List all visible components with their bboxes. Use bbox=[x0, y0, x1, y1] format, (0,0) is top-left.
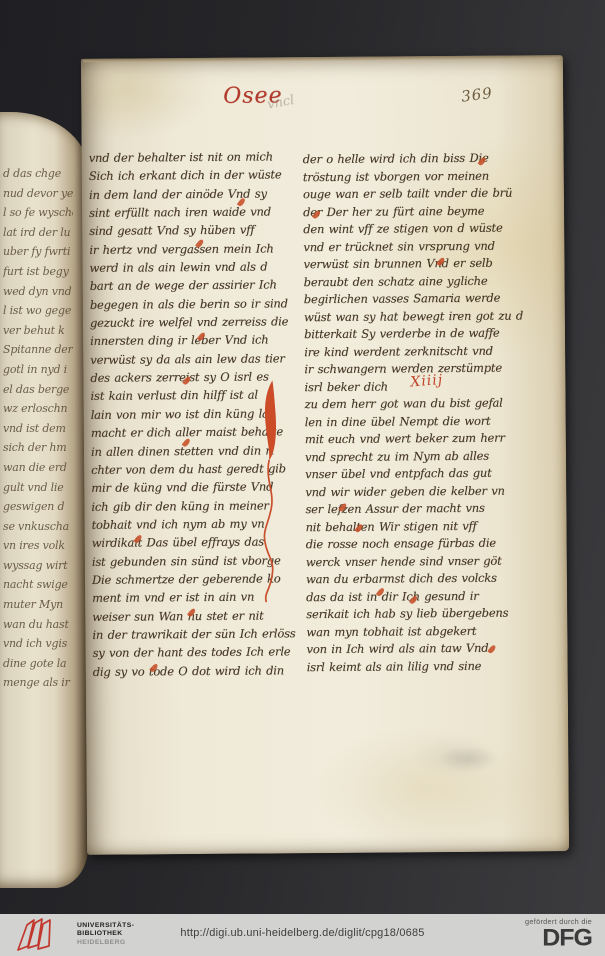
library-name-line3: HEIDELBERG bbox=[77, 939, 134, 947]
text-line: wan die erd bbox=[3, 458, 73, 478]
text-line: bart an de wege der assirier Ich bbox=[90, 276, 302, 296]
text-line: gezuckt ire welfel vnd zerreiss die bbox=[90, 312, 302, 332]
text-line: d das chge bbox=[3, 164, 73, 184]
text-line: vnd sprecht zu im Nym ab alles bbox=[305, 447, 527, 466]
library-footer-bar: UNIVERSITÄTS- BIBLIOTHEK HEIDELBERG http… bbox=[0, 914, 605, 956]
text-line: zu dem herr got wan du bist gefal bbox=[305, 394, 527, 413]
text-line: der o helle wird ich din biss Die bbox=[303, 149, 525, 168]
text-line: verwüst sin brunnen Vnd er selb bbox=[303, 254, 525, 273]
text-line: muter Myn bbox=[3, 595, 73, 615]
verso-page-edge: d das chgenud devor yel so fe wyschelat … bbox=[0, 112, 88, 888]
scan-url: http://digi.ub.uni-heidelberg.de/diglit/… bbox=[180, 927, 424, 939]
text-line: dig sy vo tode O dot wird ich din bbox=[93, 661, 305, 681]
text-line: wan myn tobhait ist abgekert bbox=[306, 622, 528, 641]
text-line: tröstung ist vborgen vor meinen bbox=[303, 167, 525, 186]
text-line: begegen in als die berin so ir sind bbox=[90, 294, 302, 314]
text-line: den wint vff ze stigen von d wüste bbox=[303, 219, 525, 238]
text-line: nacht swige bbox=[3, 575, 73, 595]
text-line: wüst wan sy hat bewegt iren got zu d bbox=[304, 307, 526, 326]
text-line: vnd er trücknet sin vrsprung vnd bbox=[303, 237, 525, 256]
text-line: ir hertz vnd vergassen mein Ich bbox=[89, 239, 301, 259]
text-line: gotl in nyd i bbox=[3, 360, 73, 380]
text-line: begirlichen vasses Samaria werde bbox=[304, 289, 526, 308]
verso-text-fragments: d das chgenud devor yel so fe wyschelat … bbox=[3, 164, 73, 704]
text-line: sy von der hant des todes Ich erle bbox=[92, 642, 304, 662]
text-line: innersten ding ir leber Vnd ich bbox=[90, 331, 302, 351]
text-line: wz erloschn bbox=[3, 399, 73, 419]
text-line: sind gesatt Vnd sy hüben vff bbox=[89, 221, 301, 241]
text-line: vnd ist dem bbox=[3, 419, 73, 439]
library-name-line2: BIBLIOTHEK bbox=[77, 930, 134, 938]
text-line: werd in als ain lewin vnd als d bbox=[89, 257, 301, 277]
text-line: vnd wir wider geben die kelber vn bbox=[305, 482, 527, 501]
text-line: vn ires volk bbox=[3, 536, 73, 556]
text-line: dine gote la bbox=[3, 654, 73, 674]
text-line: l so fe wysche bbox=[3, 203, 73, 223]
text-line: serikait ich hab sy lieb übergebens bbox=[306, 604, 528, 623]
text-line: vnd ich vgis bbox=[3, 634, 73, 654]
folio-number: 369 bbox=[460, 84, 494, 106]
text-line: vnser übel vnd entpfach das gut bbox=[305, 464, 527, 483]
chapter-number-rubric: Xiiij bbox=[410, 372, 444, 390]
text-line: el das berge bbox=[3, 380, 73, 400]
red-chapter-initial bbox=[255, 377, 293, 617]
text-line: geswigen d bbox=[3, 497, 73, 517]
digitized-manuscript-scan: d das chgenud devor yel so fe wyschelat … bbox=[0, 0, 605, 956]
text-line: wed dyn vnd bbox=[3, 282, 73, 302]
text-line: vnd der behalter ist nit on mich bbox=[89, 147, 301, 167]
text-line: menge als ir bbox=[3, 673, 73, 693]
text-line: lat ird der lu bbox=[3, 223, 73, 243]
text-line: ire kind werdent zerknitscht vnd bbox=[304, 342, 526, 361]
manuscript-page: Osee vncl 369 vnd der behalter ist nit o… bbox=[81, 55, 569, 855]
text-line: wyssag wirt bbox=[3, 556, 73, 576]
text-line: werck vnser hende sind vnser göt bbox=[306, 552, 528, 571]
text-line: isrl keimt als ain lilig vnd sine bbox=[307, 657, 529, 676]
text-line: Spitanne der bbox=[3, 340, 73, 360]
text-line: furt ist begy bbox=[3, 262, 73, 282]
funding-block: gefördert durch die DFG bbox=[525, 917, 592, 950]
text-line: len in dine übel Nempt die wort bbox=[305, 412, 527, 431]
text-line: der Der her zu fürt aine beyme bbox=[303, 202, 525, 221]
text-line: nud devor ye bbox=[3, 184, 73, 204]
ink-bleed-mark: vncl bbox=[266, 93, 295, 113]
university-library-logo-icon bbox=[15, 917, 67, 953]
text-line: se vnkuscha bbox=[3, 517, 73, 537]
text-line: uber fy fwrti bbox=[3, 242, 73, 262]
text-line: in der trawrikait der sün Ich erlöss bbox=[92, 624, 304, 644]
text-line: sint erfüllt nach iren waide vnd bbox=[89, 202, 301, 222]
text-line: wan du hast bbox=[3, 615, 73, 635]
text-line: l ist wo gege bbox=[3, 301, 73, 321]
text-line: die rosse noch ensage fürbas die bbox=[306, 534, 528, 553]
pencil-smudge bbox=[438, 746, 498, 772]
text-line: gult vnd lie bbox=[3, 478, 73, 498]
text-line: bitterkait Sy verderbe in de waffe bbox=[304, 324, 526, 343]
page-top-edge bbox=[83, 55, 561, 63]
text-line: Sich ich erkant dich in der wüste bbox=[89, 166, 301, 186]
dfg-logo: DFG bbox=[525, 927, 592, 950]
text-line: ouge wan er selb tailt vnder die brü bbox=[303, 184, 525, 203]
text-line: sich der hm bbox=[3, 438, 73, 458]
text-line: ver behut k bbox=[3, 321, 73, 341]
text-line: beraubt den schatz aine ygliche bbox=[304, 272, 526, 291]
library-name-line1: UNIVERSITÄTS- bbox=[77, 922, 134, 930]
text-line: mit euch vnd wert beker zum herr bbox=[305, 429, 527, 448]
text-line: in dem land der ainöde Vnd sy bbox=[89, 184, 301, 204]
text-line: nit behalten Wir stigen nit vff bbox=[305, 517, 527, 536]
text-line: verwüst sy da als ain lew das tier bbox=[90, 349, 302, 369]
library-name: UNIVERSITÄTS- BIBLIOTHEK HEIDELBERG bbox=[77, 922, 134, 947]
text-line: wan du erbarmst dich des volcks bbox=[306, 569, 528, 588]
text-line: von in Ich wird als ain taw Vnd bbox=[306, 639, 528, 658]
